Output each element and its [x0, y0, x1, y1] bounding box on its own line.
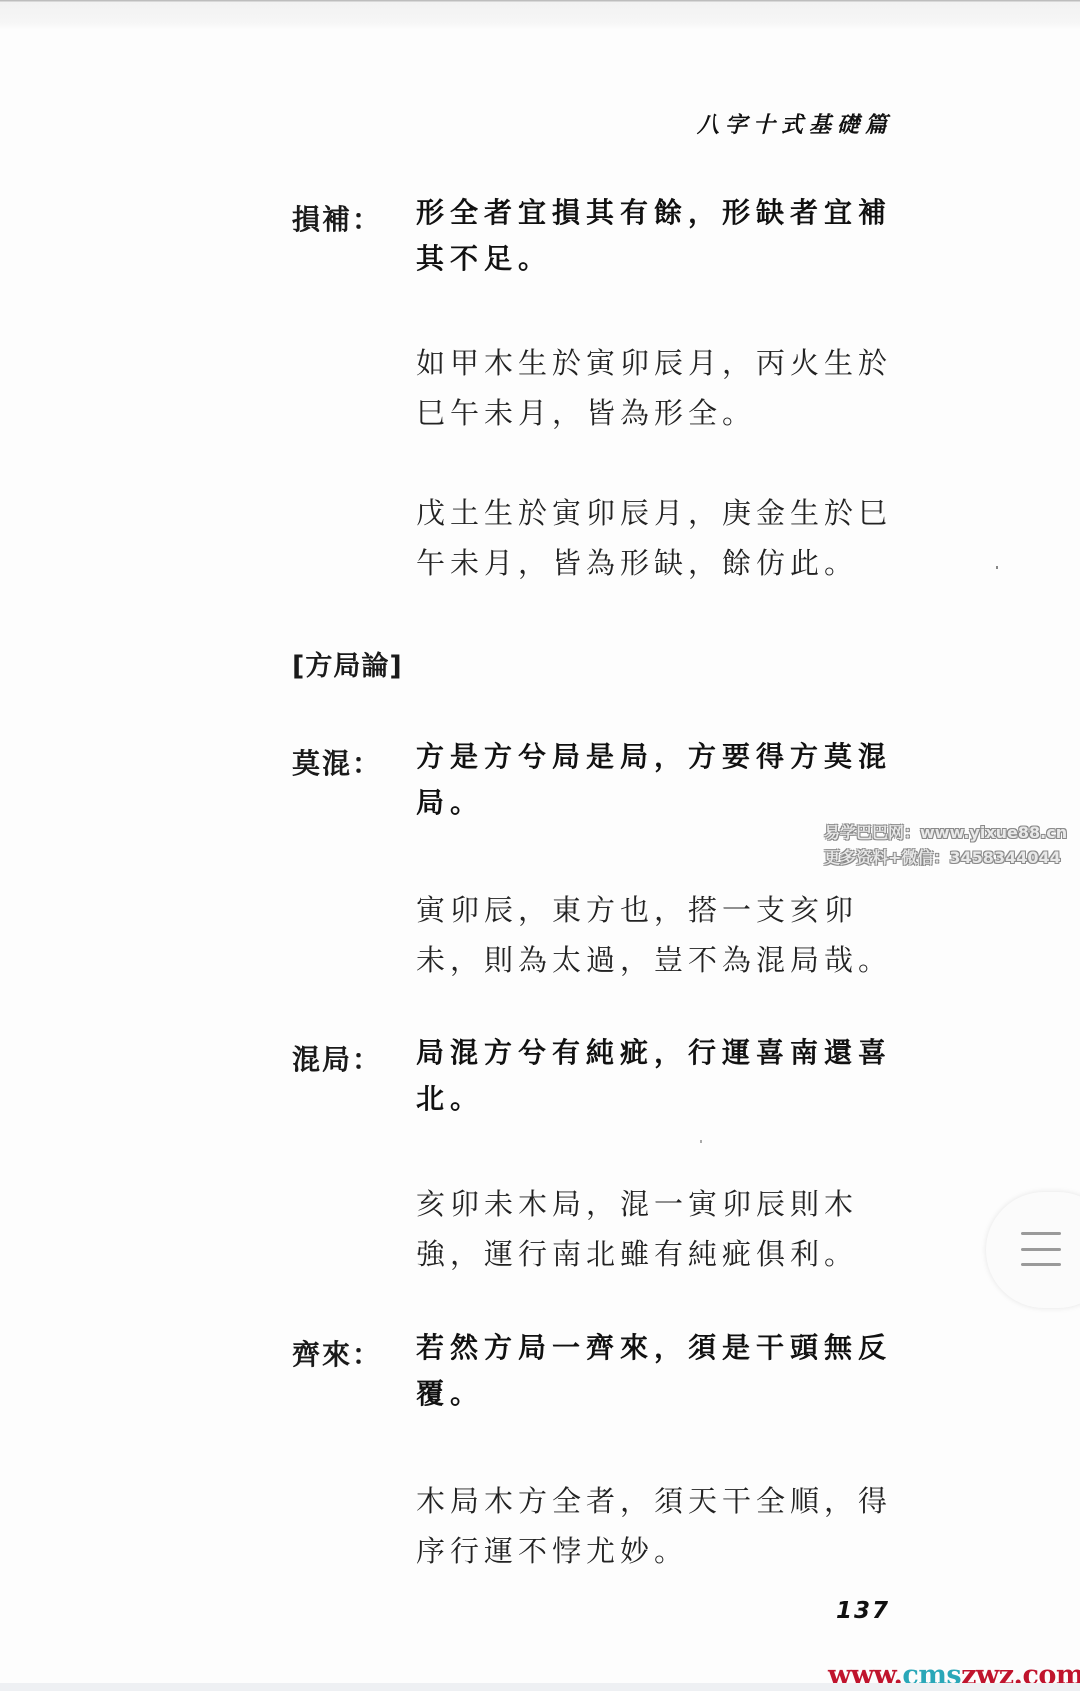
entry-verse: 方是方兮局是局，方要得方莫混局。 [416, 734, 896, 826]
entry-note: 如甲木生於寅卯辰月，丙火生於巳午未月，皆為形全。 [416, 338, 906, 438]
bottom-bar [0, 1683, 1080, 1691]
entry-verse: 形全者宜損其有餘，形缺者宜補其不足。 [416, 190, 896, 282]
section-title: [方局論] [292, 644, 403, 683]
entry-verse: 局混方兮有純疵，行運喜南還喜北。 [416, 1030, 896, 1122]
watermark-line-contact: 更多资料+微信：3458344044 [824, 845, 1067, 870]
entry-verse: 若然方局一齊來，須是干頭無反覆。 [416, 1325, 896, 1417]
page-number: 137 [836, 1598, 890, 1624]
scan-speck [996, 566, 998, 569]
entry-term: 損補： [292, 198, 382, 238]
entry-term: 混局： [292, 1038, 382, 1078]
top-status-bar [0, 0, 1080, 30]
entry-note: 亥卯未木局，混一寅卯辰則木強，運行南北雖有純疵俱利。 [416, 1179, 906, 1279]
scan-speck [700, 1140, 702, 1143]
entry-term: 莫混： [292, 742, 382, 782]
entry-note: 戊土生於寅卯辰月，庚金生於巳午未月，皆為形缺，餘仿此。 [416, 488, 906, 588]
running-header: 八字十式基礎篇 [697, 108, 893, 139]
watermark-yixue88: 易学巴巴网：www.yixue88.cn 更多资料+微信：3458344044 [824, 820, 1067, 870]
entry-note: 木局木方全者，須天干全順，得序行運不悖尤妙。 [416, 1476, 906, 1576]
watermark-line-site: 易学巴巴网：www.yixue88.cn [824, 820, 1067, 845]
floating-menu-button[interactable] [986, 1192, 1080, 1308]
entry-note: 寅卯辰，東方也，搭一支亥卯未，則為太過，豈不為混局哉。 [416, 885, 906, 985]
entry-term: 齊來： [292, 1333, 382, 1373]
